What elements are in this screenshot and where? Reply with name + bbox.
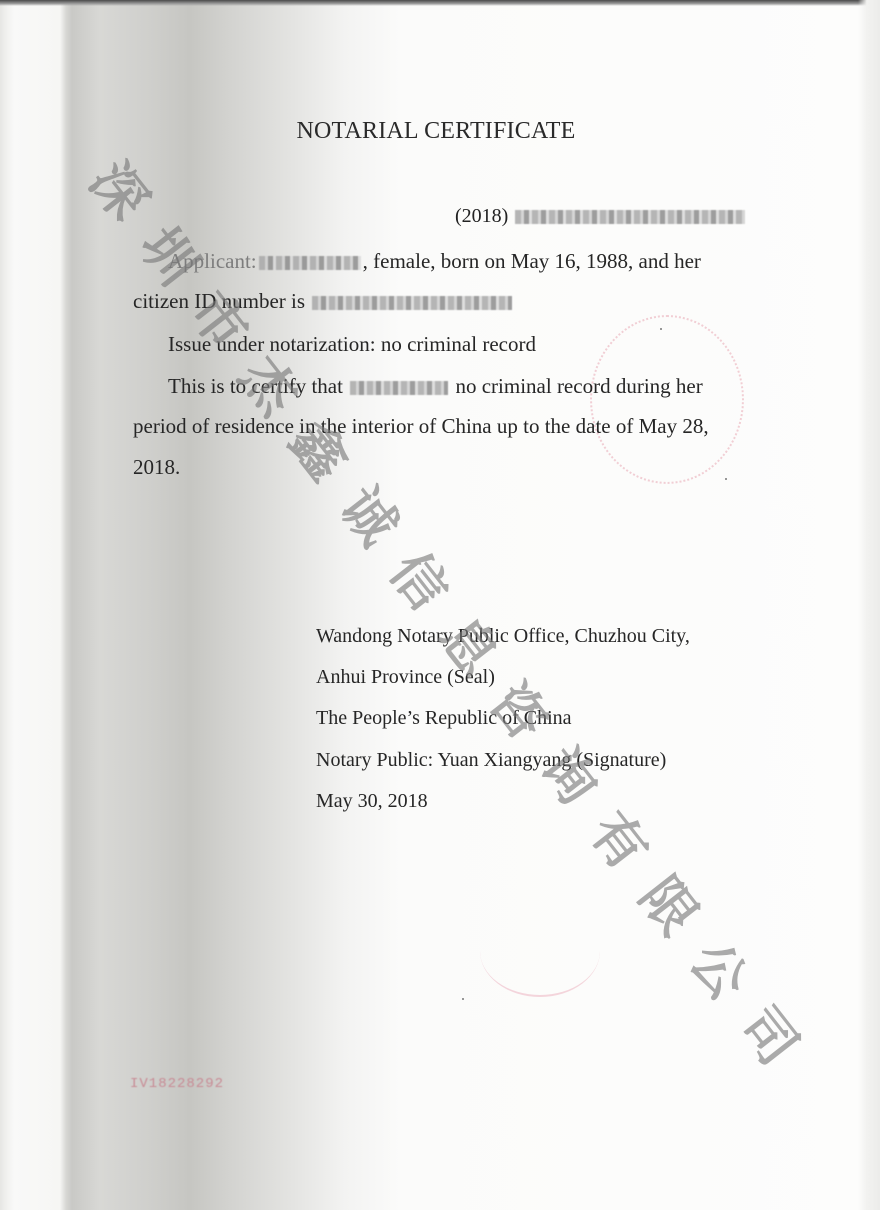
scan-speck [660, 328, 662, 330]
scan-speck [725, 478, 727, 480]
watermark-char: 公 [675, 924, 769, 1014]
redacted-reference [515, 210, 745, 224]
serial-number: IV18228292 [130, 1076, 224, 1092]
certify-line-2: period of residence in the interior of C… [133, 414, 709, 439]
watermark-char: 限 [625, 859, 719, 949]
scan-top-edge [0, 0, 880, 6]
scan-right-edge [858, 0, 880, 1210]
watermark-char: 信 [375, 534, 469, 624]
watermark-char: 询 [525, 729, 619, 819]
redacted-certify-name [350, 381, 448, 395]
reference-number: (2018) [455, 205, 747, 228]
signature-date: May 30, 2018 [316, 790, 428, 813]
scanned-page: NOTARIAL CERTIFICATE (2018) Applicant:, … [0, 0, 880, 1210]
watermark-char: 有 [575, 794, 669, 884]
watermark-char: 圳 [125, 209, 219, 299]
red-seal-stamp [590, 315, 744, 484]
applicant-line: Applicant:, female, born on May 16, 1988… [168, 249, 701, 274]
document-title: NOTARIAL CERTIFICATE [0, 118, 880, 145]
redacted-citizen-id [312, 296, 512, 310]
faint-seal-stamp [480, 905, 600, 997]
watermark-char: 深 [75, 144, 169, 234]
certify-line-3: 2018. [133, 455, 180, 480]
scan-speck [462, 998, 464, 1000]
watermark-char: 诚 [325, 469, 419, 559]
watermark-char: 司 [725, 989, 819, 1079]
redacted-applicant-name [259, 256, 361, 270]
